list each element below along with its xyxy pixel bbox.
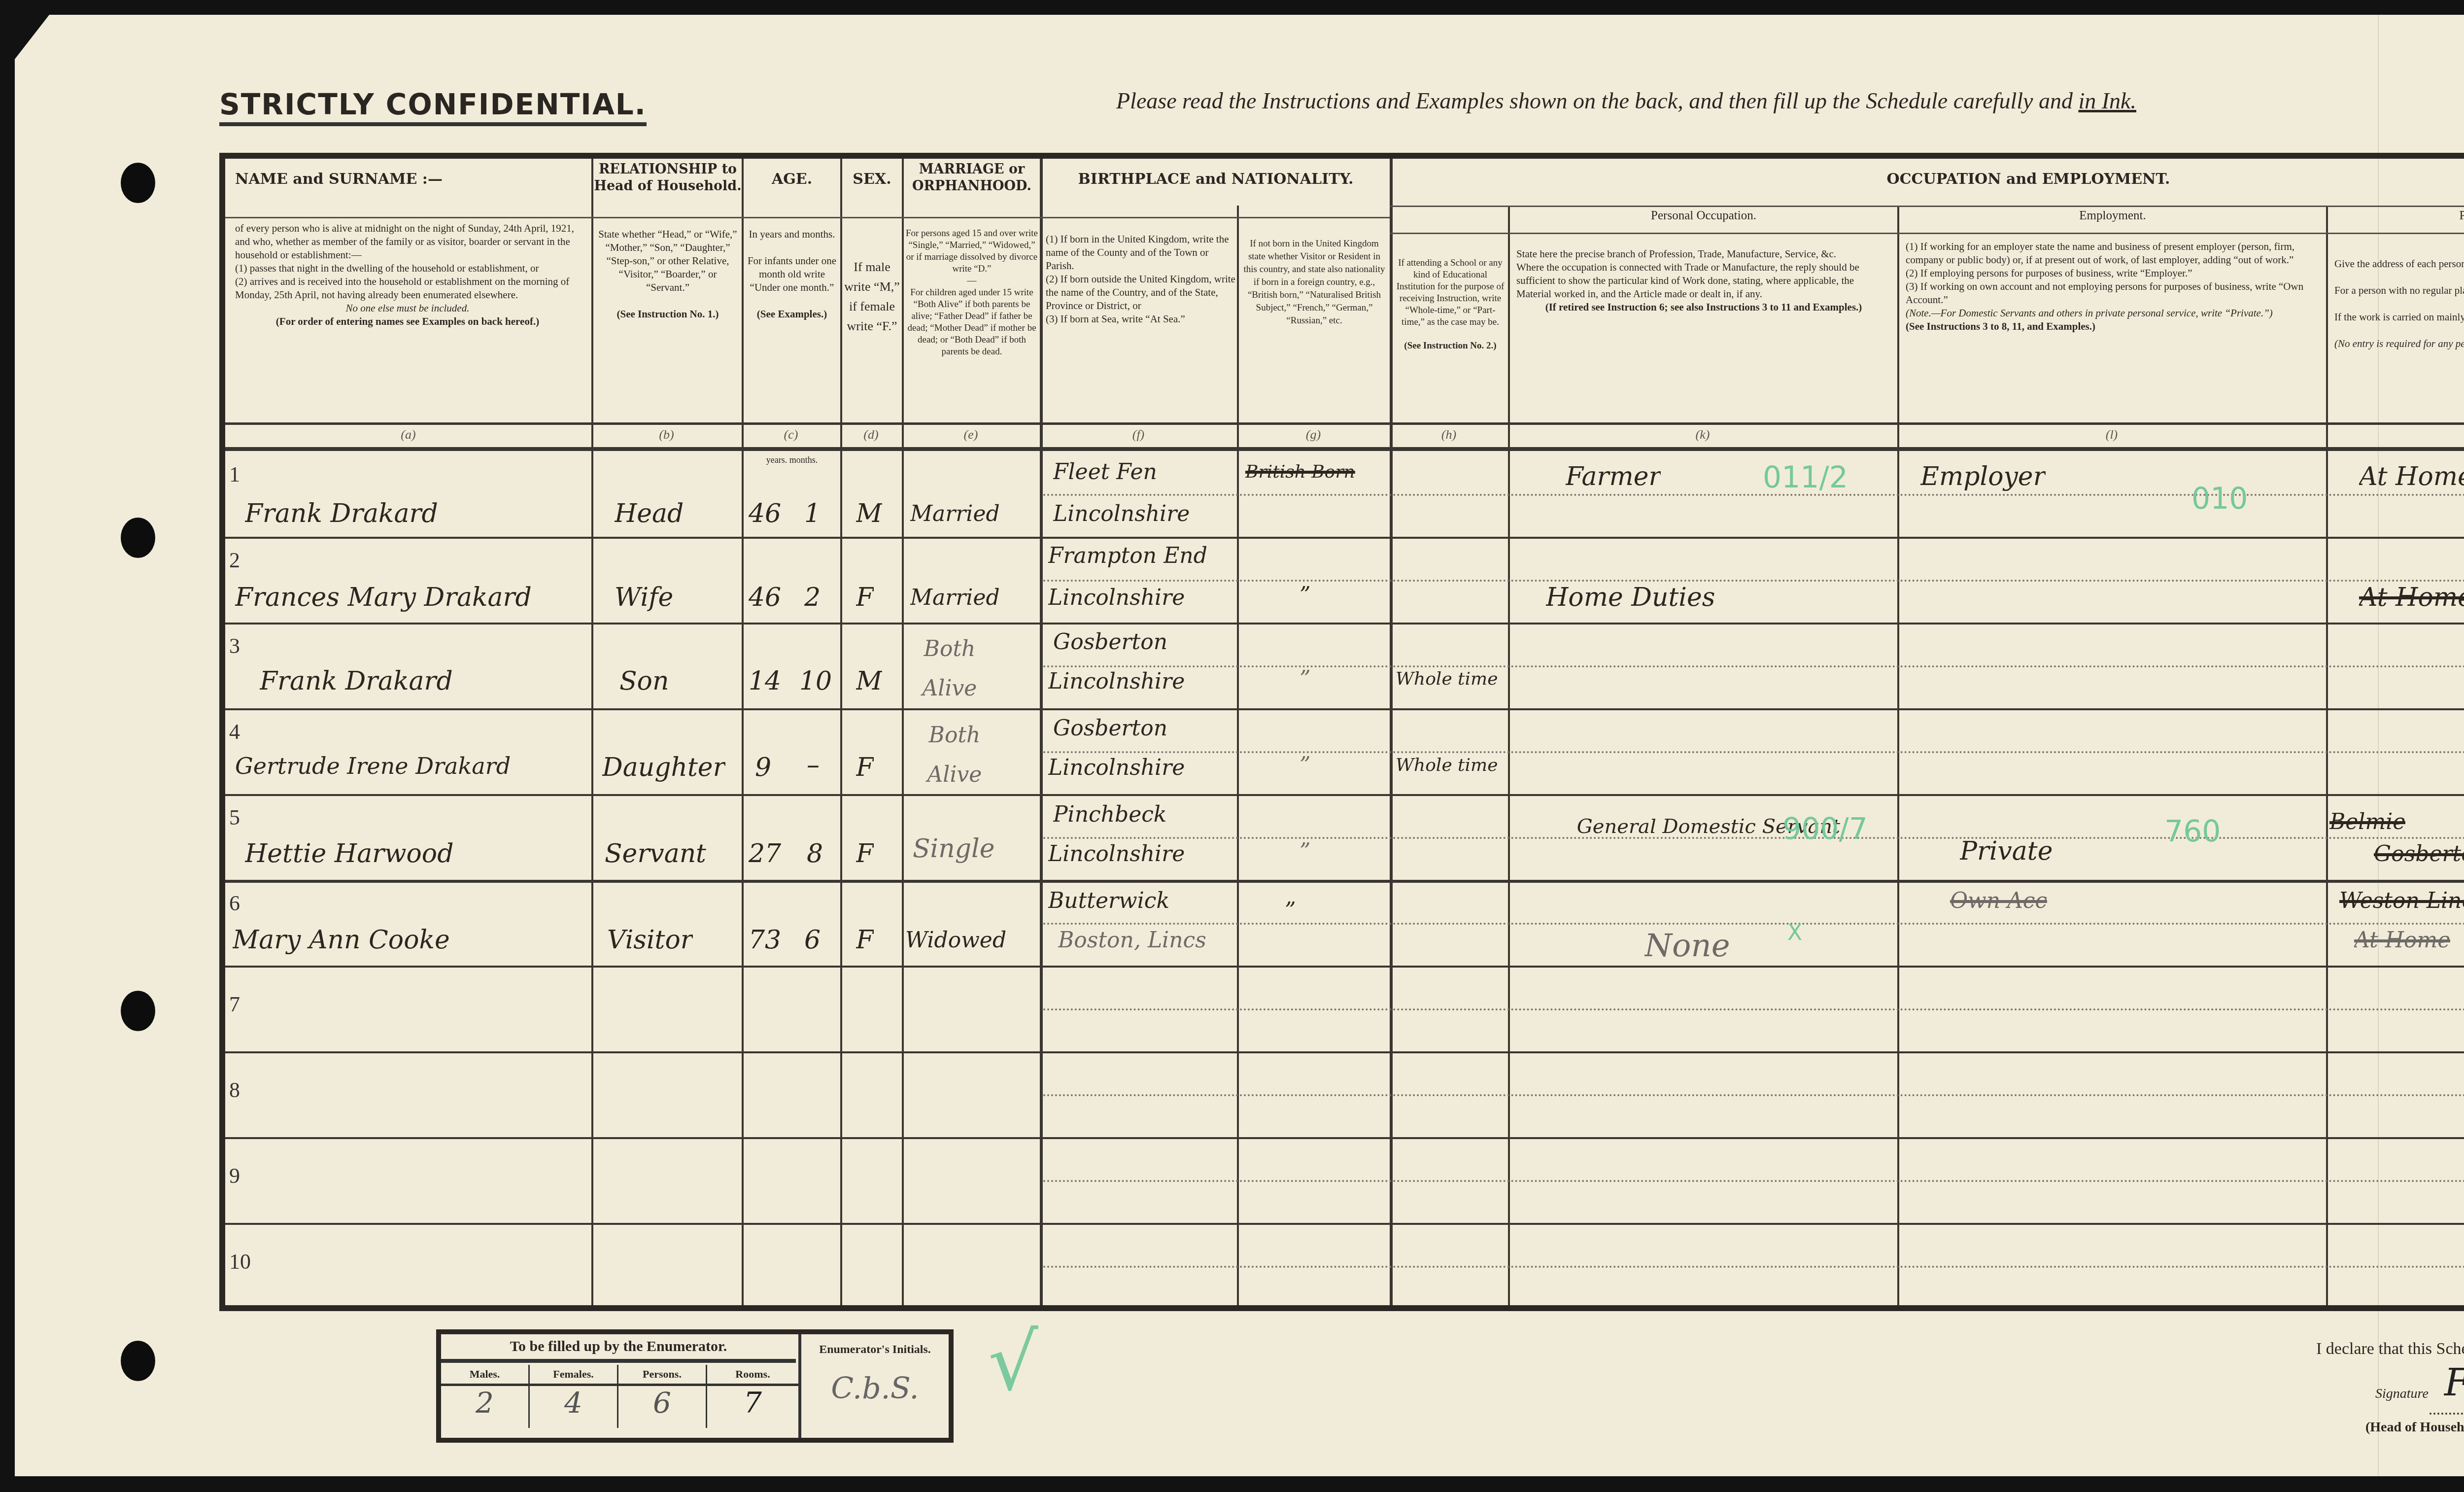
age-months: 2 bbox=[804, 583, 821, 612]
col-letter: (e) bbox=[902, 427, 1040, 442]
mid-dotted bbox=[1043, 494, 2464, 496]
age-years: 14 bbox=[749, 666, 781, 696]
instr-line: (See Instruction No. 2.) bbox=[1394, 340, 1506, 352]
person-name: Hettie Harwood bbox=[245, 839, 453, 868]
person-name: Frances Mary Drakard bbox=[235, 583, 532, 612]
col-divider bbox=[1040, 159, 1043, 1305]
col-k-title: Personal Occupation. bbox=[1511, 208, 1896, 224]
mid-dotted bbox=[1043, 580, 2464, 582]
punch-hole bbox=[121, 163, 155, 203]
row-number: 2 bbox=[229, 548, 240, 573]
col-f-instructions: (1) If born in the United Kingdom, write… bbox=[1046, 233, 1235, 326]
row-number: 10 bbox=[229, 1249, 251, 1274]
col-a-instructions: of every person who is alive at midnight… bbox=[235, 222, 580, 419]
instr-line: (See Instructions 3 to 8, 11, and Exampl… bbox=[1906, 320, 2320, 333]
person-name: Frank Drakard bbox=[245, 499, 438, 528]
mid-dotted bbox=[1043, 751, 2464, 753]
age-years: 27 bbox=[749, 839, 781, 868]
nationality: British Born bbox=[1245, 462, 1355, 482]
mid-dotted bbox=[1043, 923, 2464, 925]
row-rule bbox=[225, 1223, 2464, 1225]
col-divider bbox=[742, 159, 744, 1305]
instr-line: (2) If born outside the United Kingdom, … bbox=[1046, 273, 1235, 312]
workplace: At Home bbox=[2359, 462, 2464, 491]
females-label: Females. bbox=[530, 1365, 617, 1386]
col-d-title: SEX. bbox=[842, 171, 902, 188]
col-divider bbox=[1897, 206, 1899, 1305]
instr-line: If attending a School or any kind of Edu… bbox=[1394, 257, 1506, 328]
sex: M bbox=[856, 499, 882, 528]
col-m-title: Place of Work. bbox=[2329, 208, 2464, 224]
col-a-title: NAME and SURNAME :— bbox=[235, 171, 580, 188]
marital-status: Widowed bbox=[905, 928, 1006, 953]
green-check-mark: √ bbox=[988, 1316, 1038, 1408]
initials-value: C.b.S. bbox=[801, 1371, 949, 1406]
signature: Frank Drakard bbox=[2444, 1360, 2464, 1404]
relationship: Wife bbox=[615, 583, 673, 612]
occupation: None bbox=[1644, 928, 1730, 964]
enumerator-totals-header: To be filled up by the Enumerator. bbox=[441, 1338, 796, 1363]
header-rule bbox=[1390, 206, 2464, 207]
school-attendance: Whole time bbox=[1396, 669, 1498, 689]
males-label: Males. bbox=[441, 1365, 528, 1386]
header-rule bbox=[225, 217, 1040, 218]
row-rule bbox=[225, 794, 2464, 796]
instr-line: (2) If employing persons for purposes of… bbox=[1906, 267, 2320, 280]
workplace-struck: At Home bbox=[2354, 928, 2450, 953]
header-rule bbox=[225, 447, 2464, 451]
rooms-cell: Rooms. 7 bbox=[707, 1365, 798, 1428]
instr-line: No one else must be included. bbox=[235, 302, 580, 315]
col-letter: (a) bbox=[225, 427, 591, 442]
instr-line: (Note.—For Domestic Servants and others … bbox=[1906, 307, 2320, 320]
orphanhood-status: Both Alive bbox=[918, 716, 992, 795]
employment-code: 010 bbox=[2191, 482, 2248, 516]
workplace-struck: Belmie bbox=[2329, 809, 2405, 834]
instr-line: For children aged under 15 write “Both A… bbox=[905, 287, 1038, 358]
age-months: 6 bbox=[804, 925, 821, 955]
occupation: Home Duties bbox=[1546, 583, 1715, 612]
instruction-text: Please read the Instructions and Example… bbox=[1116, 88, 2078, 113]
instr-line: Give the address of each person’s place … bbox=[2334, 257, 2464, 271]
document-title: STRICTLY CONFIDENTIAL. bbox=[219, 88, 647, 126]
col-letter: (k) bbox=[1508, 427, 1897, 442]
birth-county: Lincolnshire bbox=[1053, 501, 1190, 526]
col-divider bbox=[1390, 159, 1393, 1305]
col-divider bbox=[591, 159, 593, 1305]
instr-line: of every person who is alive at midnight… bbox=[235, 222, 580, 262]
col-m-instructions: Give the address of each person’s place … bbox=[2334, 257, 2464, 350]
col-g-instructions: If not born in the United Kingdom state … bbox=[1240, 238, 1388, 327]
birth-county: Lincolnshire bbox=[1048, 669, 1185, 694]
males-cell: Males. 2 bbox=[441, 1365, 530, 1428]
instr-line: (See Examples.) bbox=[746, 308, 838, 321]
sex: F bbox=[856, 753, 874, 782]
instr-line: For a person with no regular place of wo… bbox=[2334, 284, 2464, 297]
header-rule bbox=[1040, 217, 1390, 218]
age-months: 1 bbox=[804, 499, 821, 528]
header-rule bbox=[1390, 233, 2464, 234]
females-cell: Females. 4 bbox=[530, 1365, 618, 1428]
birth-county: Lincolnshire bbox=[1048, 585, 1185, 610]
relationship: Son bbox=[619, 666, 669, 696]
col-letter: (b) bbox=[591, 427, 742, 442]
col-letter: (c) bbox=[742, 427, 840, 442]
age-years: 46 bbox=[749, 499, 781, 528]
instruction-emphasis: in Ink. bbox=[2078, 88, 2136, 113]
sex: F bbox=[856, 583, 874, 612]
col-e-instructions: For persons aged 15 and over write “Sing… bbox=[905, 228, 1038, 358]
birthplace-title: BIRTHPLACE and NATIONALITY. bbox=[1043, 171, 1388, 188]
mid-dotted bbox=[1043, 1008, 2464, 1010]
birth-county: Lincolnshire bbox=[1048, 755, 1185, 780]
instr-line: State whether “Head,” or “Wife,” “Mother… bbox=[596, 228, 740, 294]
birth-town: Fleet Fen bbox=[1053, 459, 1157, 485]
row-number: 8 bbox=[229, 1077, 240, 1103]
instr-line: (2) arrives and is received into the hou… bbox=[235, 275, 580, 302]
col-letter: (m) bbox=[2326, 427, 2464, 442]
occupation-code: 011/2 bbox=[1763, 460, 1848, 495]
col-letter: (d) bbox=[840, 427, 902, 442]
instr-line: State here the precise branch of Profess… bbox=[1516, 247, 1891, 261]
males-value: 2 bbox=[441, 1386, 528, 1420]
declaration-text: I declare that this Schedule is correctl… bbox=[2316, 1340, 2464, 1358]
punch-hole bbox=[121, 1341, 155, 1381]
row-number: 6 bbox=[229, 891, 240, 916]
employment-struck: Own Acc bbox=[1950, 888, 2047, 913]
instr-line: — bbox=[905, 275, 1038, 287]
birth-town: Frampton End bbox=[1048, 543, 1207, 568]
birth-town: Butterwick bbox=[1048, 888, 1169, 913]
row-number: 1 bbox=[229, 462, 240, 487]
col-e-title: MARRIAGE or ORPHANHOOD. bbox=[904, 161, 1040, 195]
col-letter: (g) bbox=[1237, 427, 1390, 442]
col-h-instructions: If attending a School or any kind of Edu… bbox=[1394, 257, 1506, 352]
mid-dotted bbox=[1043, 1094, 2464, 1096]
birth-county: Boston, Lincs bbox=[1058, 928, 1206, 953]
mid-dotted bbox=[1043, 1180, 2464, 1182]
row-rule bbox=[225, 966, 2464, 968]
col-c-instructions: In years and months. For infants under o… bbox=[746, 228, 838, 321]
punch-hole bbox=[121, 518, 155, 558]
signature-line bbox=[2430, 1413, 2464, 1415]
birth-town: Gosberton bbox=[1053, 629, 1167, 655]
row-rule bbox=[225, 537, 2464, 539]
col-c-title: AGE. bbox=[744, 171, 840, 188]
nationality-ditto: ” bbox=[1300, 839, 1311, 864]
row-rule bbox=[225, 880, 2464, 883]
workplace-struck: Weston Lincs bbox=[2339, 888, 2464, 913]
instr-line: (No entry is required for any person who… bbox=[2334, 337, 2464, 350]
age-months: 8 bbox=[807, 839, 823, 868]
instr-line: (1) If born in the United Kingdom, write… bbox=[1046, 233, 1235, 273]
orphanhood-status: Both Alive bbox=[913, 629, 987, 708]
age-months: 10 bbox=[799, 666, 832, 696]
mid-dotted bbox=[1043, 665, 2464, 667]
person-name: Frank Drakard bbox=[260, 666, 453, 696]
workplace-struck: At Home bbox=[2359, 583, 2464, 612]
instr-line: For infants under one month old write “U… bbox=[746, 254, 838, 294]
col-divider bbox=[2326, 206, 2328, 1305]
rooms-label: Rooms. bbox=[707, 1365, 798, 1386]
instr-line: (If retired see Instruction 6; see also … bbox=[1516, 301, 1891, 314]
row-rule bbox=[225, 623, 2464, 625]
col-letter: (l) bbox=[1897, 427, 2326, 442]
marital-status: Married bbox=[910, 501, 1000, 526]
marital-status: Married bbox=[910, 585, 1000, 610]
person-name: Gertrude Irene Drakard bbox=[235, 753, 511, 779]
occupation-code: X bbox=[1787, 920, 1802, 945]
row-number: 5 bbox=[229, 805, 240, 830]
signature-label: Signature bbox=[2375, 1386, 2429, 1402]
years-label: years. bbox=[766, 455, 787, 465]
rooms-value: 7 bbox=[707, 1386, 798, 1420]
punch-hole bbox=[121, 991, 155, 1031]
row-number: 4 bbox=[229, 719, 240, 744]
employment: Employer bbox=[1920, 462, 2046, 491]
row-rule bbox=[225, 708, 2464, 710]
age-months: – bbox=[807, 750, 820, 780]
sex: M bbox=[856, 666, 882, 696]
row-rule bbox=[225, 1137, 2464, 1139]
instr-line: (1) passes that night in the dwelling of… bbox=[235, 262, 580, 275]
birth-town: Pinchbeck bbox=[1053, 802, 1167, 827]
relationship: Servant bbox=[605, 839, 706, 868]
employment: Private bbox=[1960, 836, 2053, 866]
col-divider bbox=[1508, 206, 1510, 1305]
age-years: 46 bbox=[749, 583, 781, 612]
birth-county: Lincolnshire bbox=[1048, 841, 1185, 867]
age-subheader: years. months. bbox=[744, 453, 840, 467]
instr-line: In years and months. bbox=[746, 228, 838, 241]
col-d-instructions: If male write “M,” if female write “F.” bbox=[844, 257, 900, 336]
marital-status: Single bbox=[913, 834, 994, 864]
col-l-instructions: (1) If working for an employer state the… bbox=[1906, 240, 2320, 333]
enumerator-totals-box: To be filled up by the Enumerator. Males… bbox=[436, 1329, 954, 1443]
relationship: Visitor bbox=[607, 925, 693, 955]
row-number: 9 bbox=[229, 1163, 240, 1188]
birth-town: Gosberton bbox=[1053, 716, 1167, 741]
col-l-title: Employment. bbox=[1901, 208, 2325, 224]
census-table: NAME and SURNAME :— RELATIONSHIP to Head… bbox=[219, 153, 2464, 1311]
nationality-ditto: ” bbox=[1285, 898, 1296, 923]
initials-label: Enumerator's Initials. bbox=[801, 1343, 949, 1356]
instr-line: (See Instruction No. 1.) bbox=[596, 308, 740, 321]
persons-value: 6 bbox=[618, 1386, 706, 1420]
persons-cell: Persons. 6 bbox=[618, 1365, 707, 1428]
instr-line: For persons aged 15 and over write “Sing… bbox=[905, 228, 1038, 275]
school-attendance: Whole time bbox=[1396, 755, 1498, 775]
header-rule bbox=[225, 422, 2464, 425]
row-number: 7 bbox=[229, 992, 240, 1017]
occupation-title: OCCUPATION and EMPLOYMENT. bbox=[1393, 171, 2464, 188]
mid-dotted bbox=[1043, 1266, 2464, 1268]
col-divider bbox=[1237, 206, 1239, 1305]
sex: F bbox=[856, 925, 874, 955]
relationship: Head bbox=[615, 499, 684, 528]
nationality-ditto: ” bbox=[1300, 666, 1311, 692]
occupation: Farmer bbox=[1566, 462, 1661, 491]
age-years: 9 bbox=[755, 753, 771, 782]
col-letter: (f) bbox=[1040, 427, 1237, 442]
age-years: 73 bbox=[749, 925, 781, 955]
persons-label: Persons. bbox=[618, 1365, 706, 1386]
enumerator-initials-cell: Enumerator's Initials. C.b.S. bbox=[798, 1334, 949, 1438]
instr-line: (3) If born at Sea, write “At Sea.” bbox=[1046, 312, 1235, 326]
instr-line: (For order of entering names see Example… bbox=[235, 315, 580, 328]
nationality-ditto: ” bbox=[1300, 583, 1311, 608]
nationality-ditto: ” bbox=[1300, 753, 1311, 778]
col-b-title: RELATIONSHIP to Head of Household. bbox=[594, 161, 742, 195]
employment-code: 760 bbox=[2164, 814, 2221, 849]
col-k-instructions: State here the precise branch of Profess… bbox=[1516, 247, 1891, 314]
person-name: Mary Ann Cooke bbox=[233, 925, 450, 955]
col-b-instructions: State whether “Head,” or “Wife,” “Mother… bbox=[596, 228, 740, 321]
instr-line: (3) If working on own account and not em… bbox=[1906, 280, 2320, 307]
workplace-struck: Gosberton bbox=[2374, 841, 2464, 867]
col-divider bbox=[840, 159, 842, 1305]
row-number: 3 bbox=[229, 633, 240, 659]
relationship: Daughter bbox=[602, 753, 725, 782]
instr-line: (1) If working for an employer state the… bbox=[1906, 240, 2320, 267]
signature-note: (Head of Household, Manager of Establish… bbox=[2365, 1420, 2464, 1435]
row-rule bbox=[225, 1051, 2464, 1053]
occupation-code: 900/7 bbox=[1782, 812, 1868, 846]
col-divider bbox=[902, 159, 904, 1305]
col-letter: (h) bbox=[1390, 427, 1508, 442]
females-value: 4 bbox=[530, 1386, 617, 1420]
sex: F bbox=[856, 839, 874, 868]
instr-line: Where the occupation is connected with T… bbox=[1516, 261, 1891, 301]
instruction-line: Please read the Instructions and Example… bbox=[1116, 88, 2136, 114]
instr-line: If the work is carried on mainly at home… bbox=[2334, 311, 2464, 324]
months-label: months. bbox=[789, 455, 818, 465]
